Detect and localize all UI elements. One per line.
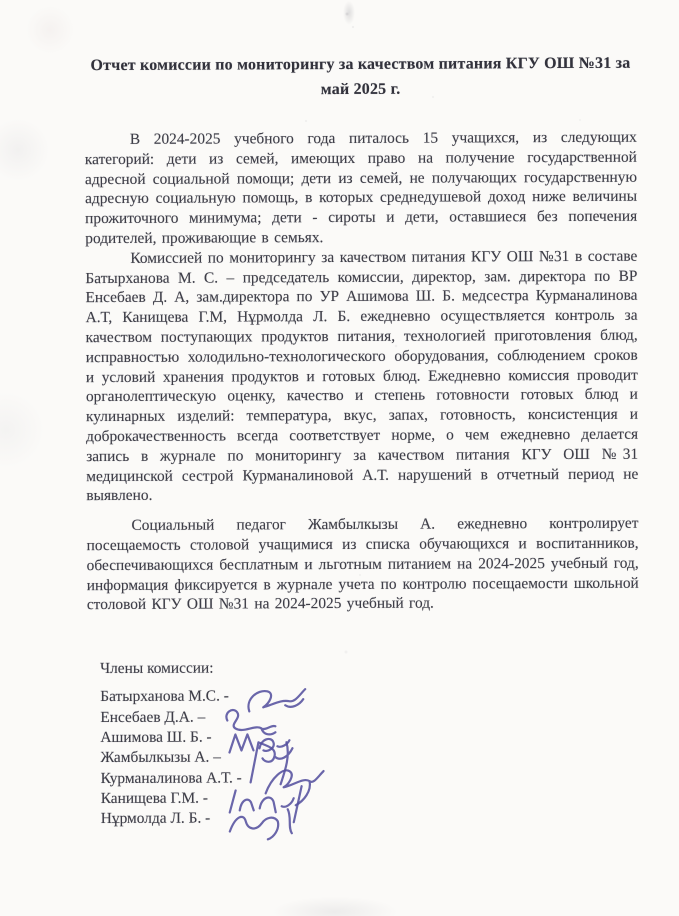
member-name: Ашимова Ш. Б. - <box>100 727 211 748</box>
document-title: Отчет комиссии по мониторингу за качеств… <box>84 51 636 103</box>
document-paragraph: Социальный педагог Жамбылкызы А. ежеднев… <box>86 514 638 615</box>
member-name: Нұрмолда Л. Б. - <box>101 809 211 830</box>
commission-member-row: Нұрмолда Л. Б. - <box>101 807 640 830</box>
commission-member-row: Батырханова М.С. - <box>100 685 639 708</box>
commission-members-section: Члены комиссии: Батырханова М.С. - Енсеб… <box>100 657 640 830</box>
commission-member-row: Енсебаев Д.А. – <box>100 705 639 728</box>
document-title-line1: Отчет комиссии по мониторингу за качеств… <box>84 51 636 78</box>
commission-member-row: Жамбылкызы А. – <box>100 746 639 769</box>
member-name: Канищева Г.М. - <box>101 789 208 810</box>
signature-ink <box>226 803 296 845</box>
member-name: Курманалинова А.Т. - <box>101 768 242 789</box>
commission-member-row: Канищева Г.М. - <box>101 787 640 810</box>
member-name: Батырханова М.С. - <box>100 687 229 708</box>
document-title-line2: май 2025 г. <box>85 76 637 103</box>
member-name: Енсебаев Д.А. – <box>100 707 205 728</box>
document-paragraph: Комиссией по мониторингу за качеством пи… <box>85 246 638 506</box>
members-heading: Члены комиссии: <box>100 657 639 679</box>
member-name: Жамбылкызы А. – <box>100 748 221 769</box>
document-body: Отчет комиссии по мониторингу за качеств… <box>0 0 679 830</box>
commission-member-row: Курманалинова А.Т. - <box>101 766 640 789</box>
scanned-document-page: Отчет комиссии по мониторингу за качеств… <box>0 0 679 916</box>
document-paragraph: В 2024-2025 учебного года питалось 15 уч… <box>85 128 638 249</box>
commission-member-row: Ашимова Ш. Б. - <box>100 726 639 749</box>
